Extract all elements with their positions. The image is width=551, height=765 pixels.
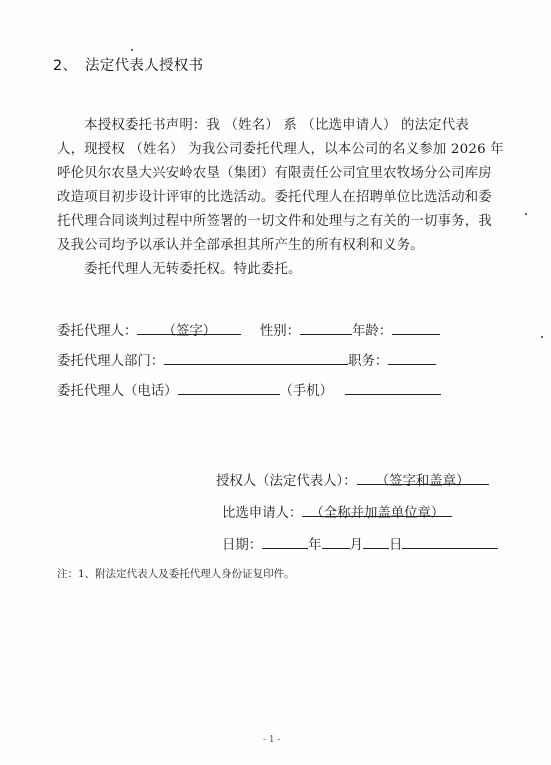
authorizer-signature-field[interactable]: （签字和盖章） [357,470,489,485]
phone-field[interactable] [178,380,280,395]
year-field[interactable] [262,534,308,549]
month-field[interactable] [322,534,350,549]
department-row: 委托代理人部门：职务： [57,350,436,369]
mobile-field[interactable] [345,380,441,395]
phone-label: 委托代理人（电话） [57,384,178,399]
department-label: 委托代理人部门： [57,354,164,369]
agent-signature-field[interactable]: （签字） [137,320,241,335]
phone-row: 委托代理人（电话）（手机） [57,380,441,399]
paragraph-line: 委托代理人无转委托权。特此委托。 [57,258,504,282]
agent-signature-hint: （签字） [163,324,217,339]
paragraph-line: 及我公司均予以承认并全部承担其所产生的所有权利和义务。 [57,234,504,258]
document-page: 2、法定代表人授权书 本授权委托书声明：我 （姓名） 系 （比选申请人） 的法定… [0,0,551,765]
position-field[interactable] [388,350,436,365]
paragraph-line: 本授权委托书声明：我 （姓名） 系 （比选申请人） 的法定代表 [57,114,504,138]
declaration-paragraph: 本授权委托书声明：我 （姓名） 系 （比选申请人） 的法定代表 人，现授权 （姓… [57,114,504,282]
age-label: 年龄： [352,324,392,339]
date-row: 日期：年月日 [222,534,498,553]
applicant-label: 比选申请人： [222,506,302,521]
day-label: 日 [389,538,402,553]
year-label: 年 [308,538,321,553]
gender-field[interactable] [300,320,352,335]
scan-speck [131,49,133,51]
authorizer-signature-hint: （签字和盖章） [376,474,470,489]
page-number: - 1 - [263,735,281,745]
age-field[interactable] [392,320,440,335]
date-trailing-line [402,534,498,549]
day-field[interactable] [363,534,389,549]
heading-number: 2、 [53,54,85,75]
agent-label: 委托代理人： [57,324,137,339]
heading-title: 法定代表人授权书 [85,58,203,74]
applicant-row: 比选申请人：（全称并加盖单位章） [222,502,452,521]
scan-speck [541,336,543,338]
month-label: 月 [350,538,363,553]
position-label: 职务： [348,354,388,369]
scan-speck [525,213,527,215]
paragraph-line: 改造项目初步设计评审的比选活动。委托代理人在招聘单位比选活动和委 [57,186,504,210]
section-heading: 2、法定代表人授权书 [53,54,203,75]
paragraph-line: 呼伦贝尔农垦大兴安岭农垦（集团）有限责任公司宜里农牧场分公司库房 [57,162,504,186]
paragraph-line: 托代理合同谈判过程中所签署的一切文件和处理与之有关的一切事务，我 [57,210,504,234]
gender-label: 性别： [260,324,300,339]
attachment-note: 注：1、附法定代表人及委托代理人身份证复印件。 [57,566,295,581]
authorizer-row: 授权人（法定代表人）：（签字和盖章） [216,470,489,489]
date-label: 日期： [222,538,262,553]
authorizer-label: 授权人（法定代表人）： [216,474,357,489]
paragraph-line: 人，现授权 （姓名） 为我公司委托代理人，以本公司的名义参加 2026 年 [57,138,504,162]
department-field[interactable] [164,350,348,365]
applicant-seal-field[interactable]: （全称并加盖单位章） [302,502,452,517]
applicant-seal-hint: （全称并加盖单位章） [310,506,444,521]
mobile-label: （手机） [280,384,334,399]
agent-row: 委托代理人：（签字） 性别：年龄： [57,320,440,339]
